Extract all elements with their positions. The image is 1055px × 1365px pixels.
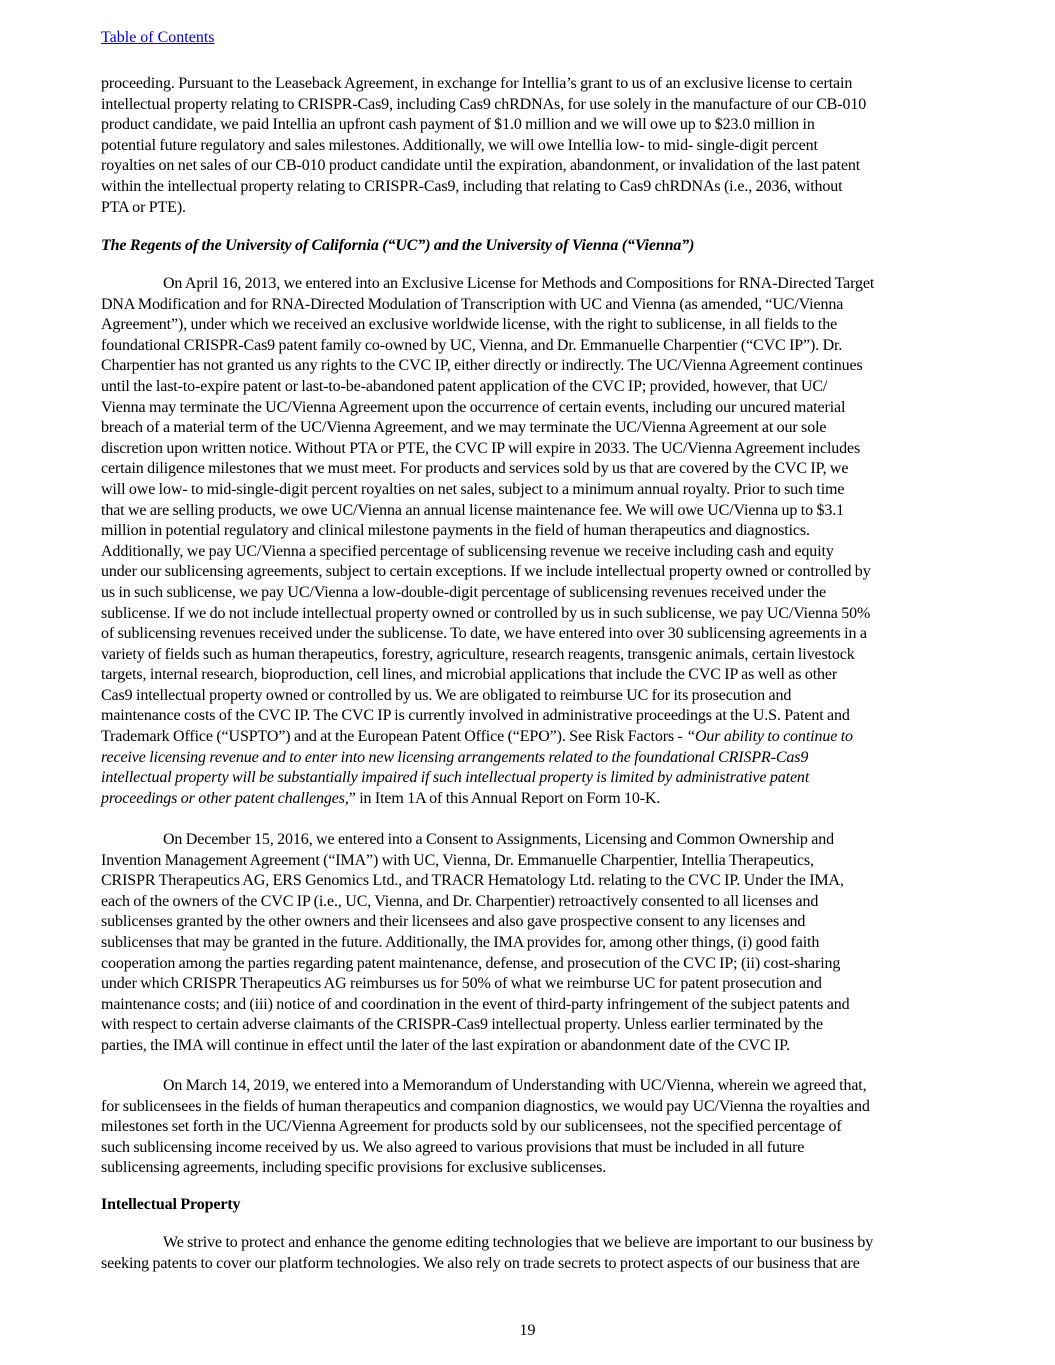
text-line: product candidate, we paid Intellia an u… (101, 115, 957, 136)
text-line: each of the owners of the CVC IP (i.e., … (101, 892, 957, 913)
text-line: under our sublicensing agreements, subje… (101, 562, 957, 583)
paragraph-memorandum-of-understanding: On March 14, 2019, we entered into a Mem… (101, 1076, 957, 1179)
text-line: On April 16, 2013, we entered into an Ex… (101, 274, 957, 295)
text-line: of sublicensing revenues received under … (101, 624, 957, 645)
text-line: Vienna may terminate the UC/Vienna Agree… (101, 398, 957, 419)
text-line: discretion upon written notice. Without … (101, 439, 957, 460)
text-run: ” in Item 1A of this Annual Report on Fo… (349, 790, 661, 807)
text-line: DNA Modification and for RNA-Directed Mo… (101, 295, 957, 316)
text-line: CRISPR Therapeutics AG, ERS Genomics Ltd… (101, 871, 957, 892)
text-line: proceeding. Pursuant to the Leaseback Ag… (101, 74, 957, 95)
text-line: Charpentier has not granted us any right… (101, 356, 957, 377)
risk-factor-citation: proceedings or other patent challenges, (101, 790, 349, 807)
text-line: until the last-to-expire patent or last-… (101, 377, 957, 398)
text-line: foundational CRISPR-Cas9 patent family c… (101, 336, 957, 357)
text-line: PTA or PTE). (101, 198, 957, 219)
text-line: such sublicensing income received by us.… (101, 1138, 957, 1159)
text-line: Trademark Office (“USPTO”) and at the Eu… (101, 727, 957, 748)
text-line: breach of a material term of the UC/Vien… (101, 418, 957, 439)
risk-factor-citation: intellectual property will be substantia… (101, 768, 957, 789)
text-run: Trademark Office (“USPTO”) and at the Eu… (101, 728, 686, 745)
text-line: seeking patents to cover our platform te… (101, 1254, 957, 1275)
text-line: sublicensing agreements, including speci… (101, 1158, 957, 1179)
paragraph-ima-agreement: On December 15, 2016, we entered into a … (101, 830, 957, 1057)
text-line: million in potential regulatory and clin… (101, 521, 957, 542)
text-line: intellectual property relating to CRISPR… (101, 95, 957, 116)
text-line: milestones set forth in the UC/Vienna Ag… (101, 1117, 957, 1138)
text-line: certain diligence milestones that we mus… (101, 459, 957, 480)
text-line: We strive to protect and enhance the gen… (101, 1233, 957, 1254)
paragraph-intellectual-property: We strive to protect and enhance the gen… (101, 1233, 957, 1274)
text-line: cooperation among the parties regarding … (101, 954, 957, 975)
text-line: maintenance costs; and (iii) notice of a… (101, 995, 957, 1016)
text-line: with respect to certain adverse claimant… (101, 1015, 957, 1036)
text-line: Cas9 intellectual property owned or cont… (101, 686, 957, 707)
paragraph-leaseback-continuation: proceeding. Pursuant to the Leaseback Ag… (101, 74, 957, 218)
risk-factor-citation: receive licensing revenue and to enter i… (101, 748, 957, 769)
text-line: maintenance costs of the CVC IP. The CVC… (101, 706, 957, 727)
section-heading-intellectual-property: Intellectual Property (101, 1195, 957, 1216)
text-line: Agreement”), under which we received an … (101, 315, 957, 336)
text-line: parties, the IMA will continue in effect… (101, 1036, 957, 1057)
text-line: Additionally, we pay UC/Vienna a specifi… (101, 542, 957, 563)
text-line: On December 15, 2016, we entered into a … (101, 830, 957, 851)
text-line: for sublicensees in the fields of human … (101, 1097, 957, 1118)
page-number: 19 (0, 1322, 1055, 1340)
text-line: under which CRISPR Therapeutics AG reimb… (101, 974, 957, 995)
text-line: targets, internal research, bioproductio… (101, 665, 957, 686)
section-heading-uc-vienna: The Regents of the University of Califor… (101, 236, 957, 257)
text-line: Invention Management Agreement (“IMA”) w… (101, 851, 957, 872)
text-line: variety of fields such as human therapeu… (101, 645, 957, 666)
text-line: proceedings or other patent challenges,”… (101, 789, 957, 810)
text-line: within the intellectual property relatin… (101, 177, 957, 198)
table-of-contents-link[interactable]: Table of Contents (101, 28, 215, 48)
text-line: sublicense. If we do not include intelle… (101, 604, 957, 625)
text-line: potential future regulatory and sales mi… (101, 136, 957, 157)
risk-factor-citation: “Our ability to continue to (686, 728, 853, 745)
text-line: royalties on net sales of our CB-010 pro… (101, 156, 957, 177)
paragraph-uc-vienna-agreement: On April 16, 2013, we entered into an Ex… (101, 274, 957, 809)
text-line: will owe low- to mid-single-digit percen… (101, 480, 957, 501)
text-line: sublicenses granted by the other owners … (101, 912, 957, 933)
text-line: that we are selling products, we owe UC/… (101, 501, 957, 522)
text-line: On March 14, 2019, we entered into a Mem… (101, 1076, 957, 1097)
text-line: us in such sublicense, we pay UC/Vienna … (101, 583, 957, 604)
text-line: sublicenses that may be granted in the f… (101, 933, 957, 954)
